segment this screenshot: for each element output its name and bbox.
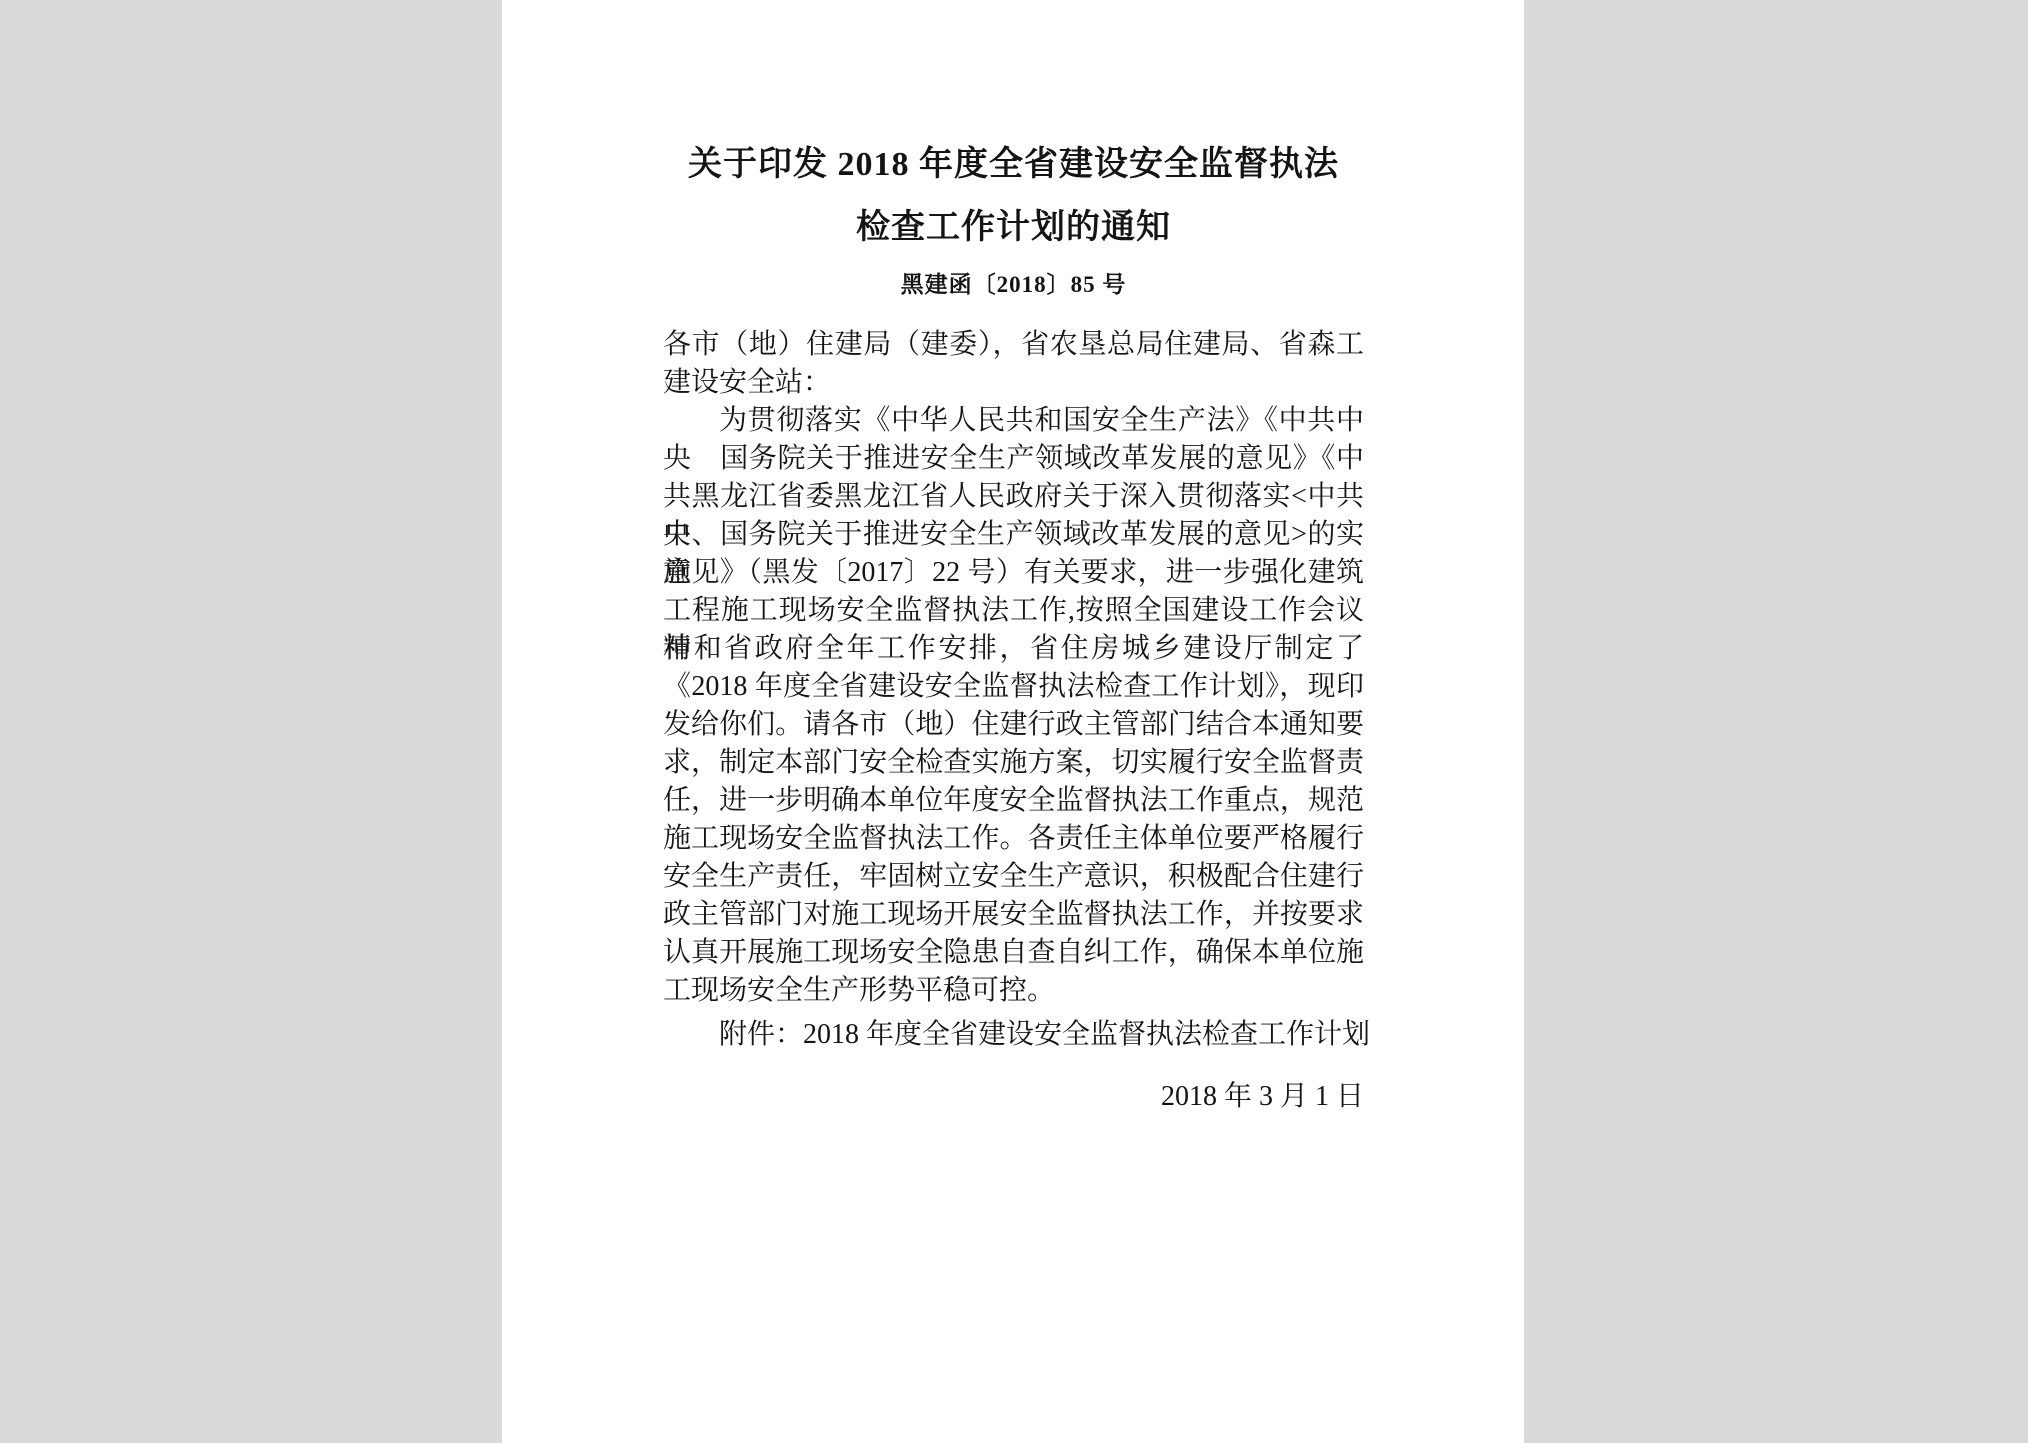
salutation-line: 各市（地）住建局（建委），省农垦总局住建局、省森工 — [663, 326, 1364, 364]
body-line: 《2018 年度全省建设安全监督执法检查工作计划》，现印 — [663, 668, 1364, 706]
document-number: 黑建函〔2018〕85 号 — [663, 268, 1364, 302]
body-line: 求，制定本部门安全检查实施方案，切实履行安全监督责 — [663, 744, 1364, 782]
body-line: 任，进一步明确本单位年度安全监督执法工作重点，规范 — [663, 782, 1364, 820]
date-line: 2018 年 3 月 1 日 — [663, 1078, 1364, 1116]
body-line: 意见》（黑发〔2017〕22 号）有关要求，进一步强化建筑 — [663, 554, 1364, 592]
body-line: 工程施工现场安全监督执法工作,按照全国建设工作会议精 — [663, 592, 1364, 630]
body-line: 为贯彻落实《中华人民共和国安全生产法》《中共中 — [663, 402, 1364, 440]
document-canvas: 关于印发 2018 年度全省建设安全监督执法 检查工作计划的通知 黑建函〔201… — [0, 0, 2028, 1443]
body-paragraph: 为贯彻落实《中华人民共和国安全生产法》《中共中 央 国务院关于推进安全生产领域改… — [663, 402, 1364, 1010]
body-line: 工现场安全生产形势平稳可控。 — [663, 972, 1364, 1010]
document-page: 关于印发 2018 年度全省建设安全监督执法 检查工作计划的通知 黑建函〔201… — [502, 0, 1524, 1443]
body-line: 神和省政府全年工作安排，省住房城乡建设厅制定了 — [663, 630, 1364, 668]
attachment-line: 附件：2018 年度全省建设安全监督执法检查工作计划 — [663, 1016, 1364, 1054]
body-line: 安全生产责任，牢固树立安全生产意识，积极配合住建行 — [663, 858, 1364, 896]
body-line: 央、国务院关于推进安全生产领域改革发展的意见>的实施 — [663, 516, 1364, 554]
body-line: 认真开展施工现场安全隐患自查自纠工作，确保本单位施 — [663, 934, 1364, 972]
salutation-line: 建设安全站： — [663, 364, 1364, 402]
body-line: 施工现场安全监督执法工作。各责任主体单位要严格履行 — [663, 820, 1364, 858]
document-title-line-2: 检查工作计划的通知 — [663, 206, 1364, 250]
body-line: 央 国务院关于推进安全生产领域改革发展的意见》《中 — [663, 440, 1364, 478]
salutation-block: 各市（地）住建局（建委），省农垦总局住建局、省森工 建设安全站： — [663, 326, 1364, 402]
page-content: 关于印发 2018 年度全省建设安全监督执法 检查工作计划的通知 黑建函〔201… — [663, 0, 1364, 1443]
body-line: 发给你们。请各市（地）住建行政主管部门结合本通知要 — [663, 706, 1364, 744]
document-title-line-1: 关于印发 2018 年度全省建设安全监督执法 — [663, 143, 1364, 187]
body-line: 共黑龙江省委黑龙江省人民政府关于深入贯彻落实<中共中 — [663, 478, 1364, 516]
body-line: 政主管部门对施工现场开展安全监督执法工作，并按要求 — [663, 896, 1364, 934]
